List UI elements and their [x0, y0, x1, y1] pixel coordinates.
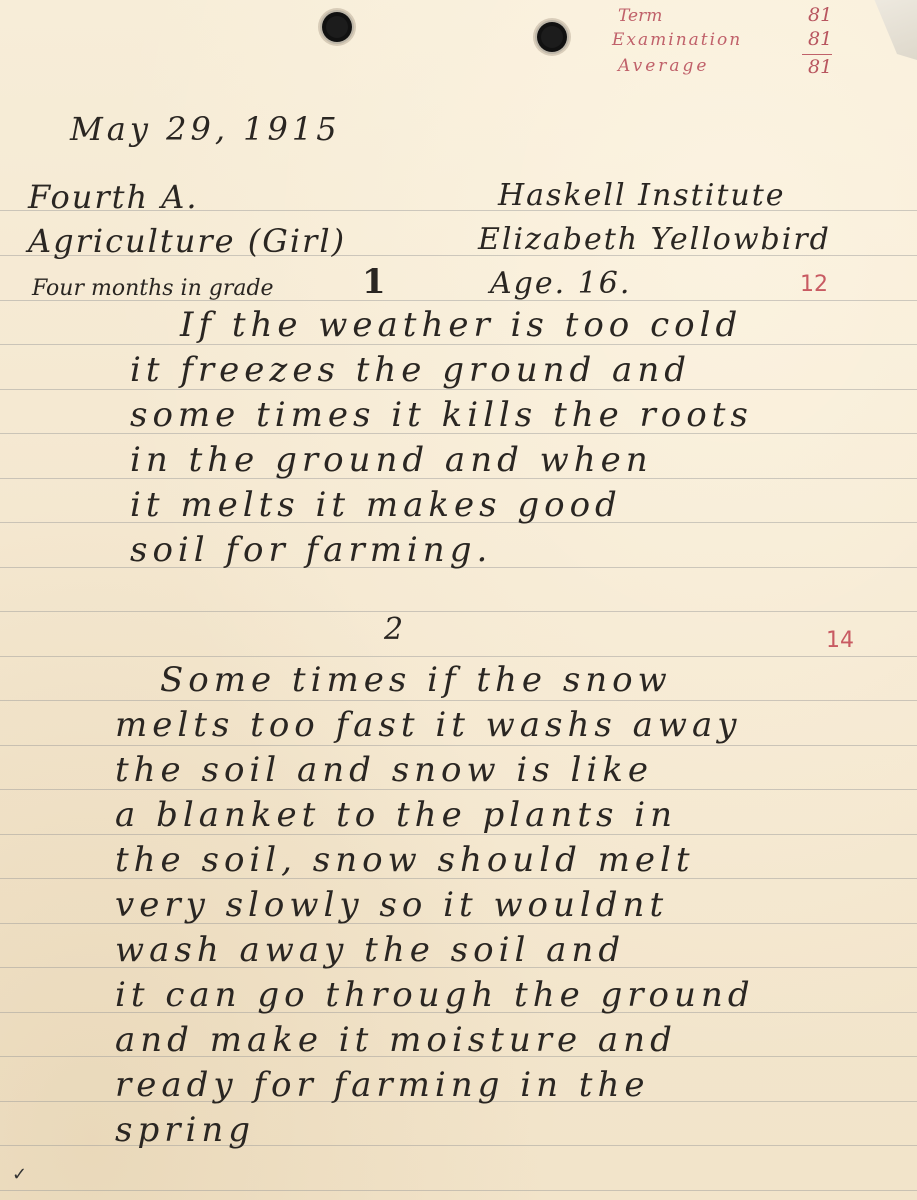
answer-line: it melts it makes good — [130, 485, 622, 525]
school-name: Haskell Institute — [498, 178, 786, 213]
answer-line: Some times if the snow — [160, 660, 672, 700]
average-value: 81 — [808, 56, 832, 78]
answer-line: melts too fast it washs away — [115, 705, 742, 745]
answer-line: ready for farming in the — [115, 1065, 650, 1105]
question-number-1: 1 — [362, 262, 388, 302]
answer-line: wash away the soil and — [115, 930, 625, 970]
answer-line: the soil, snow should melt — [115, 840, 695, 880]
sum-line — [802, 54, 832, 55]
answer-line: in the ground and when — [130, 440, 653, 480]
ruled-line — [0, 1190, 917, 1191]
time-in-grade: Four months in grade — [32, 276, 274, 301]
torn-corner — [867, 0, 917, 60]
exam-date: May 29, 1915 — [70, 110, 341, 148]
term-label: Term — [618, 6, 662, 26]
answer-line: very slowly so it wouldnt — [115, 885, 668, 925]
check-mark-icon: ✓ — [12, 1164, 27, 1185]
ruled-line — [0, 700, 917, 701]
examination-label: Examination — [612, 30, 742, 50]
examination-value: 81 — [808, 28, 832, 50]
question-2-score: 14 — [826, 628, 854, 653]
answer-line: and make it moisture and — [115, 1020, 677, 1060]
class-name: Fourth A. — [28, 178, 199, 216]
answer-line: some times it kills the roots — [130, 395, 753, 435]
answer-line: a blanket to the plants in — [115, 795, 677, 835]
binder-hole-right — [537, 22, 567, 52]
ruled-line — [0, 611, 917, 612]
answer-line: spring — [115, 1110, 255, 1150]
average-label: Average — [618, 56, 709, 76]
term-value: 81 — [808, 4, 832, 26]
binder-hole-left — [322, 12, 352, 42]
answer-line: the soil and snow is like — [115, 750, 653, 790]
exam-paper-page: Term 81 Examination 81 Average 81 May 29… — [0, 0, 917, 1200]
subject: Agriculture (Girl) — [28, 222, 346, 260]
ruled-line — [0, 656, 917, 657]
student-age: Age. 16. — [490, 266, 631, 301]
ruled-line — [0, 745, 917, 746]
answer-line: it can go through the ground — [115, 975, 755, 1015]
student-name: Elizabeth Yellowbird — [478, 222, 831, 257]
answer-line: it freezes the ground and — [130, 350, 691, 390]
answer-line: If the weather is too cold — [180, 305, 742, 345]
question-number-2: 2 — [384, 612, 405, 647]
question-1-score: 12 — [800, 272, 828, 297]
answer-line: soil for farming. — [130, 530, 492, 570]
